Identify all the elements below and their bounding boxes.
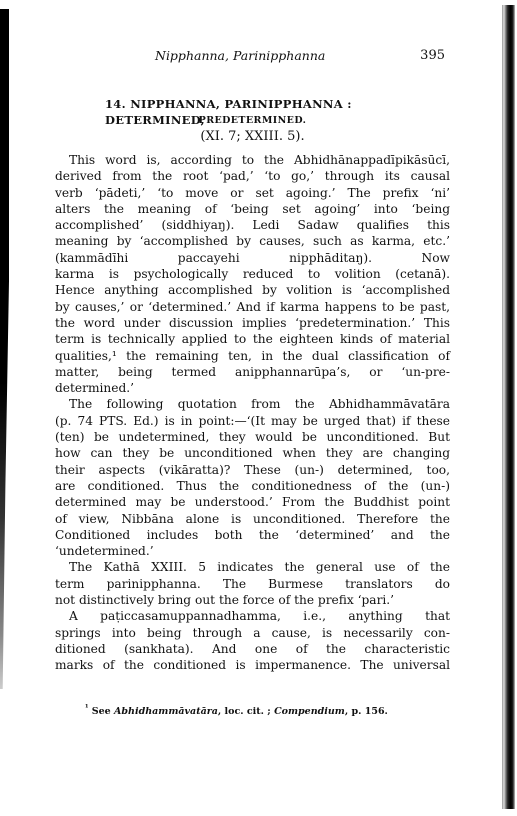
text-line: derived from the root ‘pad,’ ‘to go,’ th… [55,168,450,184]
section-reference: (XI. 7; XXIII. 5). [55,129,450,145]
text-line: Hence anything accomplished by volition … [55,282,450,298]
text-line: of view, Nibbāna alone is unconditioned.… [55,511,450,527]
scan-right-edge-binding [502,5,515,809]
text-line: ditioned (sankhata). And one of the char… [55,641,450,657]
text-line: (kammādīhi paccayehi nipphāditaŋ). Now [55,250,450,266]
text-line: meaning by ‘accomplished by causes, such… [55,233,450,249]
text-line: term parinipphanna. The Burmese translat… [55,576,450,592]
text-line: Conditioned includes both the ‘determine… [55,527,450,543]
text-line: how can they be unconditioned when they … [55,445,450,461]
text-line: determined.’ [55,380,450,396]
text-line: term is technically applied to the eight… [55,331,450,347]
text-line: qualities,¹ the remaining ten, in the du… [55,348,450,364]
text-line: (p. 74 PTS. Ed.) is in point:—‘(It may b… [55,413,450,429]
text-line: the word under discussion implies ‘prede… [55,315,450,331]
text-line: their aspects (vikāratta)? These (un-) d… [55,462,450,478]
text-line: marks of the conditioned is impermanence… [55,657,450,673]
text-line: verb ‘pādeti,’ ‘to move or set agoing.’ … [55,185,450,201]
text-line: alters the meaning of ‘being set agoing’… [55,201,450,217]
text-line: A paṭiccasamuppannadhamma, i.e., anythin… [55,608,450,624]
text-line: This word is, according to the Abhidhāna… [55,152,450,168]
text-line: by causes,’ or ‘determined.’ And if karm… [55,299,450,315]
page-number: 395 [420,48,445,64]
footnote: ¹ See Abhidhammāvatāra, loc. cit. ; Comp… [85,700,388,720]
scan-left-edge-shadow [0,9,9,689]
footnote-text: , loc. cit. ; [218,706,274,717]
text-line: The Kathā XXIII. 5 indicates the general… [55,559,450,575]
footnote-work-title: Abhidhammāvatāra [114,706,218,717]
text-line: matter, being termed anipphannarūpa’s, o… [55,364,450,380]
running-title: Nipphanna, Parinipphanna [155,48,325,64]
text-line: ‘undetermined.’ [55,543,450,559]
body-text: This word is, according to the Abhidhāna… [55,152,450,674]
section-heading-continued: PREDETERMINED. [55,113,450,129]
footnote-text: See [88,706,114,717]
text-line: not distinctively bring out the force of… [55,592,450,608]
footnote-work-title: Compendium [274,706,345,717]
text-line: are conditioned. Thus the conditionednes… [55,478,450,494]
running-head: Nipphanna, Parinipphanna 395 [155,48,445,64]
text-line: The following quotation from the Abhidha… [55,396,450,412]
text-line: springs into being through a cause, is n… [55,625,450,641]
text-line: (ten) be undetermined, they would be unc… [55,429,450,445]
text-line: karma is psychologically reduced to voli… [55,266,450,282]
footnote-text: , p. 156. [345,706,388,717]
text-line: determined may be understood.’ From the … [55,494,450,510]
text-line: accomplished’ (siddhiyaŋ). Ledi Sadaw qu… [55,217,450,233]
